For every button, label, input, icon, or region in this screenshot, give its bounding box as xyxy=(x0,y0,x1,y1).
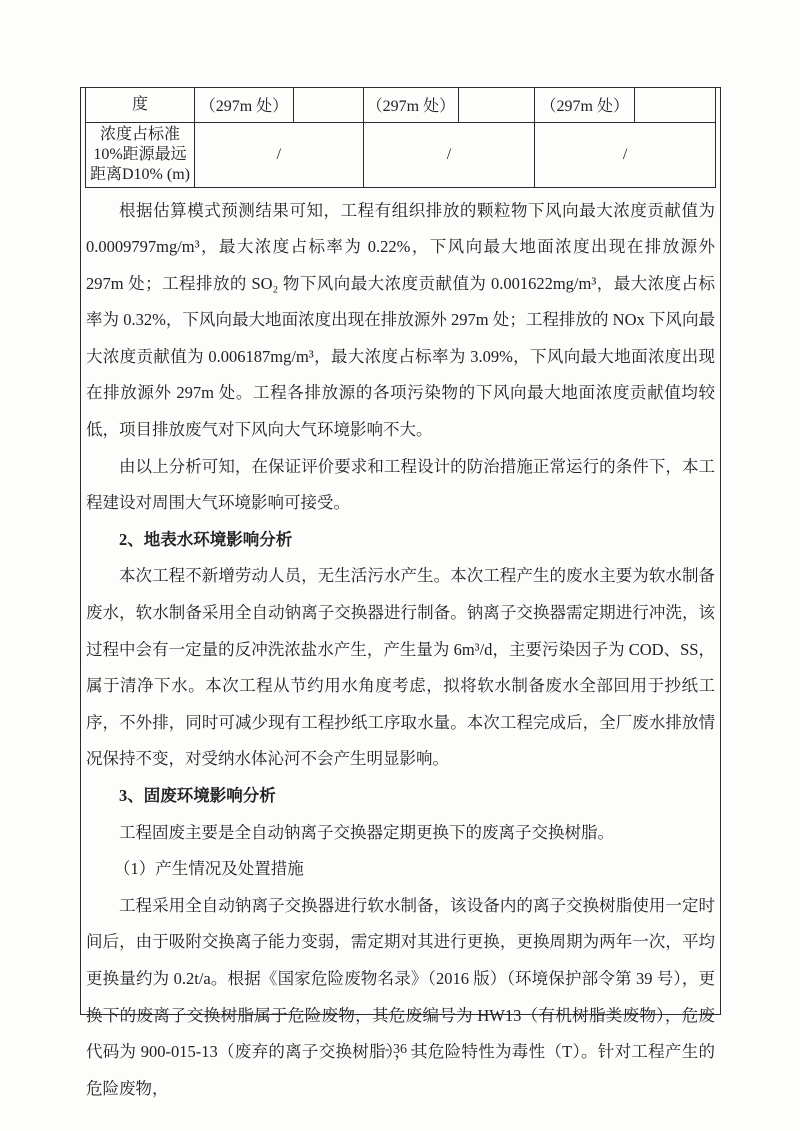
paragraph-wastewater-analysis: 本次工程不新增劳动人员，无生活污水产生。本次工程产生的废水主要为软水制备废水，软… xyxy=(86,558,715,778)
section-heading-solid-waste: 3、固废环境影响分析 xyxy=(86,778,715,815)
subsection-heading-generation-disposal: （1）产生情况及处置措施 xyxy=(86,851,715,888)
table-cell-empty-1 xyxy=(293,87,363,122)
content-frame: 度 （297m 处） （297m 处） （297m 处） 浓度占标准 10%距源… xyxy=(80,87,721,1015)
paragraph-resin-replacement: 工程采用全自动钠离子交换器进行软水制备，该设备内的离子交换树脂使用一定时间后，由… xyxy=(86,888,715,1108)
table-cell-distance-2: （297m 处） xyxy=(363,87,458,122)
table-row: 浓度占标准 10%距源最远 距离D10% (m) / / / xyxy=(86,122,716,187)
table-cell-value-2: / xyxy=(363,122,534,187)
body-text: 根据估算模式预测结果可知，工程有组织排放的颗粒物下风向最大浓度贡献值为 0.00… xyxy=(81,188,720,1108)
table-cell-empty-3 xyxy=(635,87,716,122)
page-number: - 36 - xyxy=(0,1042,800,1058)
table-cell-empty-2 xyxy=(458,87,534,122)
table-cell-value-3: / xyxy=(535,122,716,187)
paragraph-air-conclusion: 由以上分析可知，在保证评价要求和工程设计的防治措施正常运行的条件下，本工程建设对… xyxy=(86,449,715,522)
table-cell-distance-3: （297m 处） xyxy=(535,87,635,122)
emission-prediction-table: 度 （297m 处） （297m 处） （297m 处） 浓度占标准 10%距源… xyxy=(85,87,716,188)
table-row: 度 （297m 处） （297m 处） （297m 处） xyxy=(86,87,716,122)
table-cell-distance-1: （297m 处） xyxy=(194,87,293,122)
document-page: { "table": { "row1": { "c0": "度", "c1": … xyxy=(0,0,800,1131)
paragraph-air-prediction-results: 根据估算模式预测结果可知，工程有组织排放的颗粒物下风向最大浓度贡献值为 0.00… xyxy=(86,193,715,449)
section-heading-surface-water: 2、地表水环境影响分析 xyxy=(86,522,715,559)
table-cell-row-label-d10: 浓度占标准 10%距源最远 距离D10% (m) xyxy=(86,122,195,187)
paragraph-solid-waste-intro: 工程固废主要是全自动钠离子交换器定期更换下的废离子交换树脂。 xyxy=(86,815,715,852)
table-cell-row-label: 度 xyxy=(86,87,195,122)
table-cell-value-1: / xyxy=(194,122,363,187)
